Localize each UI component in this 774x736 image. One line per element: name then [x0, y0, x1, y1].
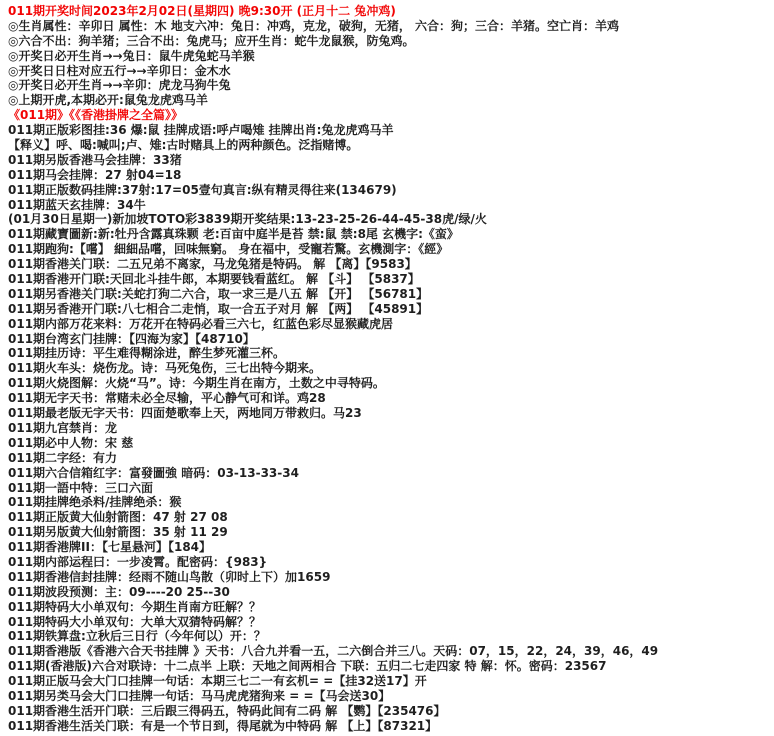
text-line: 011期另香港关门联:关蛇打狗二六合，取一求三是八五 解 【开】 【56781】	[8, 287, 772, 302]
text-line: 011期火车头：烧伤龙。诗：马死兔伤，三七出特今期来。	[8, 361, 772, 376]
five-elements-line: ◎开奖日日柱对应五行→→辛卯日：金木水	[8, 64, 772, 79]
text-line: 011期香港关门联：二五兄弟不离家，马龙兔猪是特码。 解 【离】【9583】	[8, 257, 772, 272]
liuhe-exclusion-line: ◎六合不出：狗羊猪；三合不出：兔虎马；应开生肖：蛇牛龙鼠猴，防兔鸡。	[8, 34, 772, 49]
text-line: 011期挂历诗：平生难得糊涂进，醉生梦死灌三杯。	[8, 346, 772, 361]
text-line: 011期一語中特：三口六面	[8, 481, 772, 496]
text-line: 011期香港开门联:天回北斗挂牛郎，本期要钱看蓝红。 解 【斗】 【5837】	[8, 272, 772, 287]
text-line: 011期正版彩图挂:36 爆:鼠 挂牌成语:呼卢喝雉 挂牌出肖:兔龙虎鸡马羊	[8, 123, 772, 138]
text-line: 011期台湾玄门挂牌：【四海为家】【48710】	[8, 332, 772, 347]
text-line: 011期九宫禁肖：龙	[8, 421, 772, 436]
text-line: 011期内部运程曰：一步凌霄。配密码：{983}	[8, 555, 772, 570]
text-line: 011期挂牌绝杀料/挂牌绝杀：猴	[8, 495, 772, 510]
text-line: 011期特码大小单双句：今期生肖南方旺解？？	[8, 600, 772, 615]
text-line: 011期另类马会大门口挂牌一句话：马马虎虎猪狗来 = =【马会送30】	[8, 689, 772, 704]
text-line: 011期无字天书：常赌未必全尽输，平心静气可和详。鸡28	[8, 391, 772, 406]
text-line: 011期(香港版)六合对联诗：十二点半 上联：天地之间两相合 下联：五归二七走四…	[8, 659, 772, 674]
text-line: 011期另香港开门联:八七相合二走悄，取一合五子对月 解 【两】 【45891】	[8, 302, 772, 317]
text-line: 011期香港牌II：【七星悬河】【184】	[8, 540, 772, 555]
text-line: 011期特码大小单双句：大单大双猜特码解？？	[8, 615, 772, 630]
text-line: 011期必中人物：宋 慈	[8, 436, 772, 451]
text-line: 011期香港版《香港六合天书挂牌 》天书：八合九并看一五，二六倒合并三八。天码：…	[8, 644, 772, 659]
must-open-zodiac-line: ◎开奖日必开生肖→→兔日：鼠牛虎兔蛇马羊猴	[8, 49, 772, 64]
toto-result-line: (01月30日星期一)新加坡TOTO彩3839期开奖结果:13-23-25-26…	[8, 212, 772, 227]
text-line: 011期香港生活开门联：三后跟三得码五，特码此间有二码 解 【鹦】【235476…	[8, 704, 772, 719]
text-line: 011期香港信封挂牌：经雨不随山鸟散（卯时上下）加1659	[8, 570, 772, 585]
text-line: 011期蓝天玄挂牌：34牛	[8, 198, 772, 213]
text-line: 011期另版香港马会挂牌：33猪	[8, 153, 772, 168]
must-open-zodiac-line-2: ◎开奖日必开生肖→→辛卯：虎龙马狗牛兔	[8, 78, 772, 93]
text-line: 011期最老版无字天书：四面楚歌奉上天，两地同万带救归。马23	[8, 406, 772, 421]
text-line: 011期六合信箱红字：富發圖強 暗码：03-13-33-34	[8, 466, 772, 481]
draw-time-header: 011期开奖时间2023年2月02日(星期四) 晚9:30开 (正月十二 兔冲鸡…	[8, 4, 772, 19]
text-line: 011期二字经：有力	[8, 451, 772, 466]
text-line: 011期正版马会大门口挂牌一句话：本期三七二一有玄机= =【挂32送17】开	[8, 674, 772, 689]
text-line: 011期藏寶圖新:新:牡丹含露真珠颗 老:百亩中庭半是苔 禁:鼠 禁:8尾 玄機…	[8, 227, 772, 242]
text-line: 011期跑狗:【嚐】 細細品嚐，回味無窮。 身在福中，受寵若驚。玄機測字：《經》	[8, 242, 772, 257]
text-line: 011期内部万花来料：万花开在特码必看三六七，红蓝色彩尽显猴藏虎居	[8, 317, 772, 332]
text-line: 011期正版数码挂牌:37射:17=05壹句真言:纵有精灵得往来(134679)	[8, 183, 772, 198]
text-line: 011期另版黄大仙射箭图：35 射 11 29	[8, 525, 772, 540]
lottery-tip-sheet: 011期开奖时间2023年2月02日(星期四) 晚9:30开 (正月十二 兔冲鸡…	[0, 0, 774, 736]
text-line: 011期香港生活关门联：有是一个节日到，得尾就为中特码 解 【上】【87321】	[8, 719, 772, 734]
text-line: 011期波段预测：主：09----20 25--30	[8, 585, 772, 600]
text-line: 【释义】呼、喝:喊叫;卢、雉:古时赌具上的两种颜色。泛指赌博。	[8, 138, 772, 153]
zodiac-attribute-line: ◎生肖属性：辛卯日 属性：木 地支六冲：兔日：冲鸡，克龙，破狗，无猪， 六合：狗…	[8, 19, 772, 34]
text-line: 011期正版黄大仙射箭图：47 射 27 08	[8, 510, 772, 525]
text-line: 011期铁算盘:立秋后三日行（今年何以）开：？	[8, 629, 772, 644]
last-period-line: ◎上期开虎,本期必开:鼠兔龙虎鸡马羊	[8, 93, 772, 108]
guapai-title: 《011期》《《香港掛牌之全篇》》	[8, 108, 772, 123]
text-line: 011期火烧图解：火烧“马”。诗：今期生肖在南方，土数之中寻特码。	[8, 376, 772, 391]
text-line: 011期马会挂牌：27 射04=18	[8, 168, 772, 183]
